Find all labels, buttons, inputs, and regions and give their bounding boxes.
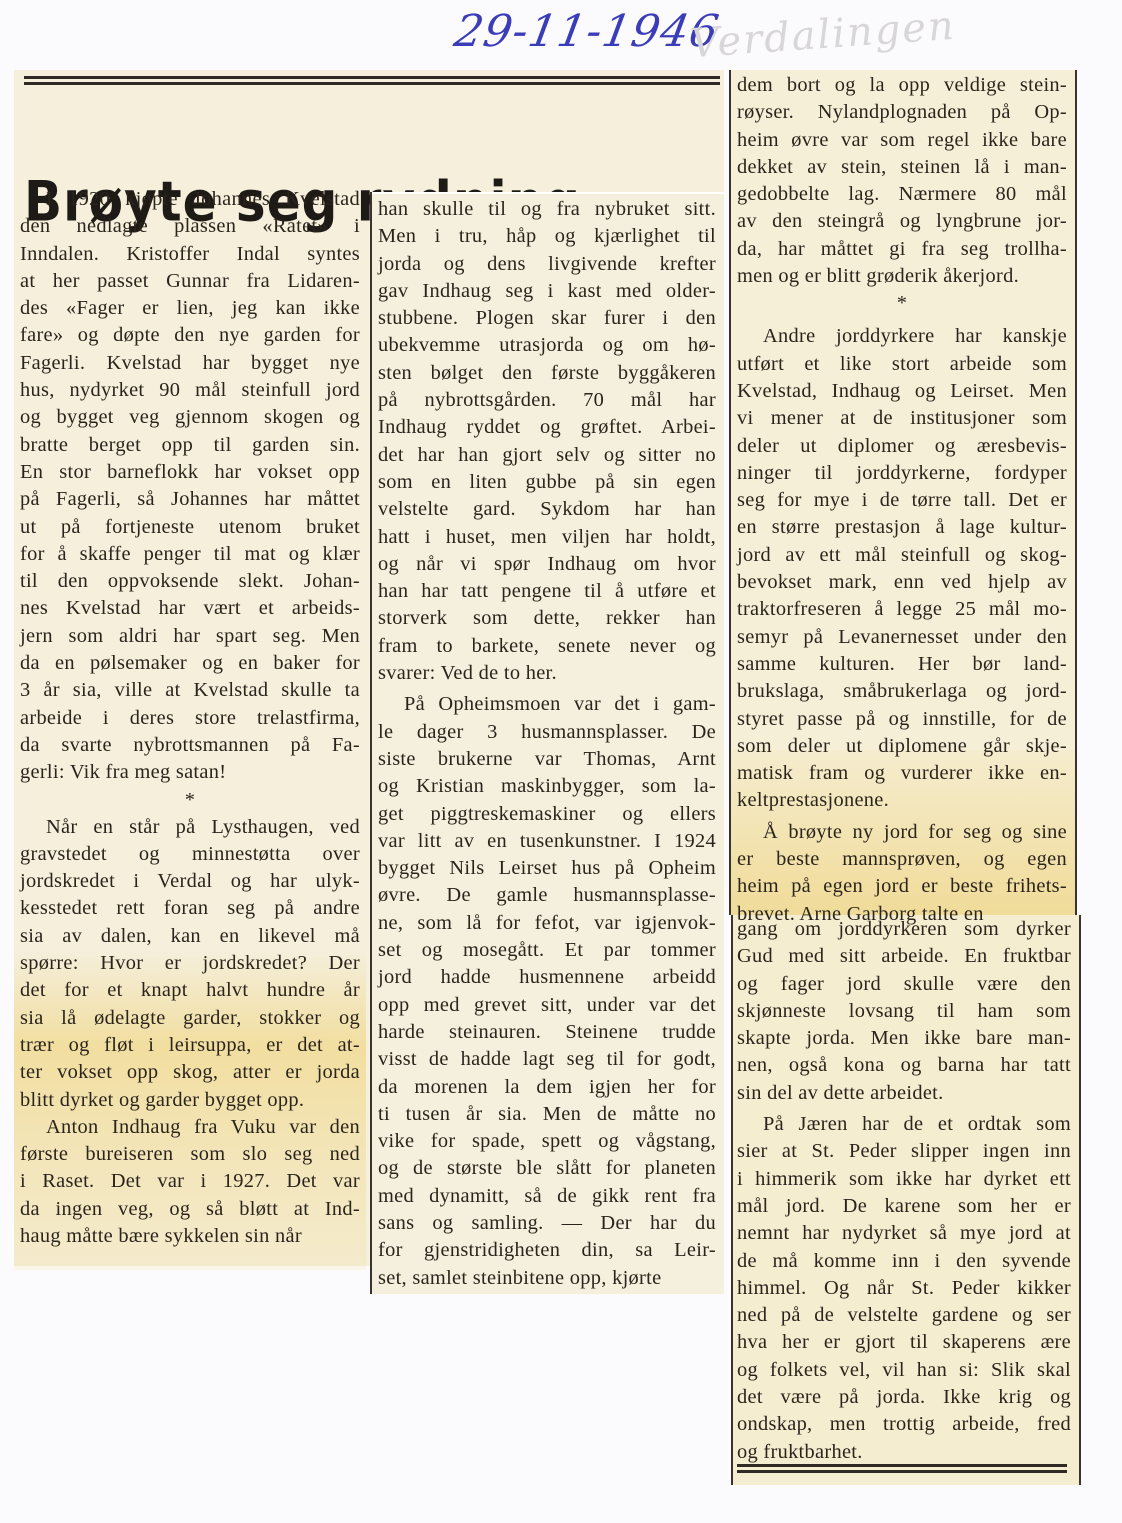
text-line: bevokset mark, enn ved hjelp av [737,569,1067,596]
text-line: ondskap, men trottig arbeide, fred [737,1411,1071,1438]
text-line: men og er blitt grøderik åkerjord. [737,263,1067,290]
text-line: da, har måttet gi fra seg trollha- [737,236,1067,263]
text-line: ned på de velstelte gardene og ser [737,1302,1071,1329]
section-divider: * [737,290,1067,317]
text-line: sier at St. Peder slipper ingen inn [737,1138,1071,1165]
text-line: seg for mye i de tørre tall. Det er [737,487,1067,514]
text-line: spørre: Hvor er jordskredet? Der [20,950,360,977]
text-line: På Opheimsmoen var det i gam- [378,691,716,718]
text-line: styret passe på og innstille, for de [737,706,1067,733]
text-line: det har han gjort selv og sitter no [378,442,716,469]
text-line: skjønneste lovsang til ham som [737,998,1071,1025]
text-line: Å brøyte ny jord for seg og sine [737,819,1067,846]
handwritten-date: 29-11-1946 [451,6,724,57]
text-line: vi mener at de institusjoner som [737,405,1067,432]
text-line: nen, også kona og barna har tatt [737,1052,1071,1079]
text-line: keltprestasjonene. [737,787,1067,814]
text-line: for å skaffe penger til mat og klær [20,541,360,568]
text-line: med dynamitt, så de gikk rent fra [378,1183,716,1210]
paragraph: Anton Indhaug fra Vuku var denførste bur… [20,1114,360,1250]
text-line: gang om jorddyrkeren som dyrker [737,916,1071,943]
column-2: han skulle til og fra nybruket sitt.Men … [378,196,716,1292]
text-line: røyser. Nylandplognaden på Op- [737,99,1067,126]
text-line: var litt av en tusenkunstner. I 1924 [378,828,716,855]
text-line: bratte berget opp til garden sin. [20,432,360,459]
paragraph: På Jæren har de et ordtak somsier at St.… [737,1111,1071,1466]
text-line: jorda og dens livgivende krefter [378,251,716,278]
text-line: for gjenstridigheten din, sa Leir- [378,1237,716,1264]
text-line: da svarte nybrottsmannen på Fa- [20,732,360,759]
text-line: hatt i huset, men viljen har holdt, [378,524,716,551]
text-line: deler ut diplomer og æresbevis- [737,433,1067,460]
text-line: Anton Indhaug fra Vuku var den [20,1114,360,1141]
text-line: dekket av stein, steinen lå i man- [737,154,1067,181]
article-end-rule [737,1464,1067,1473]
text-line: ne, som lå for fefot, var igjenvok- [378,910,716,937]
text-line: fare» og døpte den nye garden for [20,322,360,349]
text-line: jord hadde husmennene arbeidd [378,964,716,991]
text-line: og Kristian maskinbygger, som la- [378,773,716,800]
text-line: som en liten gubbe på sin egen [378,469,716,496]
text-line: kesstedet rett foran seg på andre [20,895,360,922]
text-line: ut på fortjeneste utenom bruket [20,514,360,541]
text-line: hva her er gjort til skaperens ære [737,1329,1071,1356]
text-line: sia lå ødelagte garder, stokker og [20,1005,360,1032]
text-line: og når vi spør Indhaug om hvor [378,551,716,578]
text-line: Inndalen. Kristoffer Indal syntes [20,241,360,268]
text-line: som deler ut diplomene går skje- [737,733,1067,760]
text-line: øvre. De gamle husmannsplasse- [378,882,716,909]
text-line: jern som aldri har spart seg. Men [20,623,360,650]
text-line: da morenen la dem igjen her for [378,1074,716,1101]
text-line: velstelte gard. Sykdom har han [378,496,716,523]
text-line: vike for spade, spett og vågstang, [378,1128,716,1155]
text-line: på nybrottsgården. 70 mål har [378,387,716,414]
text-line: ninger til jorddyrkerne, fordyper [737,460,1067,487]
text-line: himmel. Og når St. Peder kikker [737,1275,1071,1302]
text-line: gravstedet og minnestøtta over [20,841,360,868]
paragraph: Å brøyte ny jord for seg og sineer beste… [737,819,1067,928]
text-line: på Fagerli, så Johannes har måttet [20,486,360,513]
text-line: trær og fløt i leirsuppa, er det at- [20,1032,360,1059]
text-line: En stor barneflokk har vokset opp [20,459,360,486]
text-line: i himmerik som ikke har dyrket ett [737,1166,1071,1193]
text-line: og de største ble slått for planeten [378,1155,716,1182]
paragraph: Når en står på Lysthaugen, vedgravstedet… [20,814,360,1114]
text-line: og bygget veg gjennom skogen og [20,404,360,431]
text-line: arbeide i deres store trelastfirma, [20,705,360,732]
text-line: 3 år sia, ville at Kvelstad skulle ta [20,677,360,704]
text-line: sten bølget den første byggåkeren [378,360,716,387]
text-line: det være på jorda. Ikke krig og [737,1384,1071,1411]
text-line: nemnt har nydyrket så mye jord at [737,1220,1071,1247]
text-line: i Raset. Det var i 1927. Det var [20,1168,360,1195]
text-line: visst de hadde lagt seg til for godt, [378,1046,716,1073]
text-line: harde steinauren. Steinene trudde [378,1019,716,1046]
text-line: get piggtreskemaskiner og ellers [378,801,716,828]
text-line: det for et knapt halvt hundre år [20,977,360,1004]
text-line: og folkets vel, vil han si: Slik skal [737,1357,1071,1384]
text-line: gedobbelte lag. Nærmere 80 mål [737,181,1067,208]
paragraph: I 1920 kjøpte Johannes Kvelstadden nedla… [20,186,360,787]
text-line: blitt dyrket og garder bygget opp. [20,1087,360,1114]
text-line: første bureiseren som slo seg ned [20,1141,360,1168]
text-line: ti tusen år sia. Men de måtte no [378,1101,716,1128]
text-line: Når en står på Lysthaugen, ved [20,814,360,841]
paragraph: han skulle til og fra nybruket sitt.Men … [378,196,716,687]
text-line: sia av dalen, kan en likevel må [20,923,360,950]
paragraph: dem bort og la opp veldige stein-røyser.… [737,72,1067,290]
text-line: ubekvemme utrasjorda og om hø- [378,332,716,359]
headline-top-rule [24,76,720,85]
text-line: dem bort og la opp veldige stein- [737,72,1067,99]
text-line: svarer: Ved de to her. [378,660,716,687]
text-line: ter vokset opp skog, atter er jorda [20,1059,360,1086]
text-line: hus, nydyrket 90 mål steinfull jord [20,377,360,404]
text-line: storverk som dette, rekker han [378,605,716,632]
text-line: semyr på Levanernesset under den [737,624,1067,651]
text-line: jord av ett mål steinfull og skog- [737,542,1067,569]
text-line: den nedlagte plassen «Ratet» i [20,213,360,240]
section-divider: * [20,787,360,814]
text-line: de må komme inn i den syvende [737,1248,1071,1275]
text-line: brukslaga, småbrukerlaga og jord- [737,678,1067,705]
text-line: nes Kvelstad har vært et arbeids- [20,595,360,622]
text-line: han har tatt pengene til å utføre et [378,578,716,605]
column-1: I 1920 kjøpte Johannes Kvelstadden nedla… [20,186,360,1250]
column-3-continued: gang om jorddyrkeren som dyrkerGud med s… [737,916,1071,1466]
text-line: des «Fager er lien, jeg kan ikke [20,295,360,322]
pencil-source-note: Verdalingen [689,3,957,67]
text-line: le dager 3 husmannsplasser. De [378,719,716,746]
text-line: sin del av dette arbeidet. [737,1080,1071,1107]
text-line: sans og samling. — Der har du [378,1210,716,1237]
text-line: og fager jord skulle være den [737,971,1071,998]
text-line: samme kulturen. Her bør land- [737,651,1067,678]
text-line: haug måtte bære sykkelen sin når [20,1223,360,1250]
column-3: dem bort og la opp veldige stein-røyser.… [737,72,1067,928]
text-line: set, samlet steinbitene opp, kjørte [378,1265,716,1292]
paragraph: Andre jorddyrkere har kanskjeutført et l… [737,323,1067,814]
text-line: utført et like stort arbeide som [737,351,1067,378]
text-line: gav Indhaug seg i kast med older- [378,278,716,305]
text-line: set og mosegått. Et par tommer [378,937,716,964]
text-line: opp med grevet sitt, under var det [378,992,716,1019]
text-line: gerli: Vik fra meg satan! [20,759,360,786]
text-line: På Jæren har de et ordtak som [737,1111,1071,1138]
text-line: Kvelstad, Indhaug og Leirset. Men [737,378,1067,405]
text-line: stubbene. Plogen skar furer i den [378,305,716,332]
text-line: traktorfreseren å legge 25 mål mo- [737,596,1067,623]
text-line: mål jord. De karene som her er [737,1193,1071,1220]
text-line: han skulle til og fra nybruket sitt. [378,196,716,223]
text-line: heim på egen jord er beste frihets- [737,873,1067,900]
text-line: en større prestasjon å lage kultur- [737,514,1067,541]
text-line: jordskredet i Verdal og har ulyk- [20,868,360,895]
text-line: av den steingrå og lyngbrune jor- [737,208,1067,235]
text-line: Indhaug ryddet og grøftet. Arbei- [378,414,716,441]
text-line: at her passet Gunnar fra Lidaren- [20,268,360,295]
text-line: er beste mannsprøven, og egen [737,846,1067,873]
text-line: til den oppvoksende slekt. Johan- [20,568,360,595]
text-line: siste brukerne var Thomas, Arnt [378,746,716,773]
text-line: skapte jorda. Men ikke bare man- [737,1025,1071,1052]
text-line: matisk fram og vurderer ikke en- [737,760,1067,787]
text-line: Fagerli. Kvelstad har bygget nye [20,350,360,377]
text-line: Andre jorddyrkere har kanskje [737,323,1067,350]
paragraph: gang om jorddyrkeren som dyrkerGud med s… [737,916,1071,1107]
text-line: bygget Nils Leirset hus på Opheim [378,855,716,882]
text-line: og fruktbarhet. [737,1439,1071,1466]
paragraph: På Opheimsmoen var det i gam-le dager 3 … [378,691,716,1292]
text-line: da en pølsemaker og en baker for [20,650,360,677]
text-line: I 1920 kjøpte Johannes Kvelstad [20,186,360,213]
text-line: Men i tru, håp og kjærlighet til [378,223,716,250]
text-line: da ingen veg, og så bløtt at Ind- [20,1196,360,1223]
text-line: Gud med sitt arbeide. En fruktbar [737,943,1071,970]
text-line: fram to barkete, senete never og [378,633,716,660]
text-line: heim øvre var som regel ikke bare [737,127,1067,154]
